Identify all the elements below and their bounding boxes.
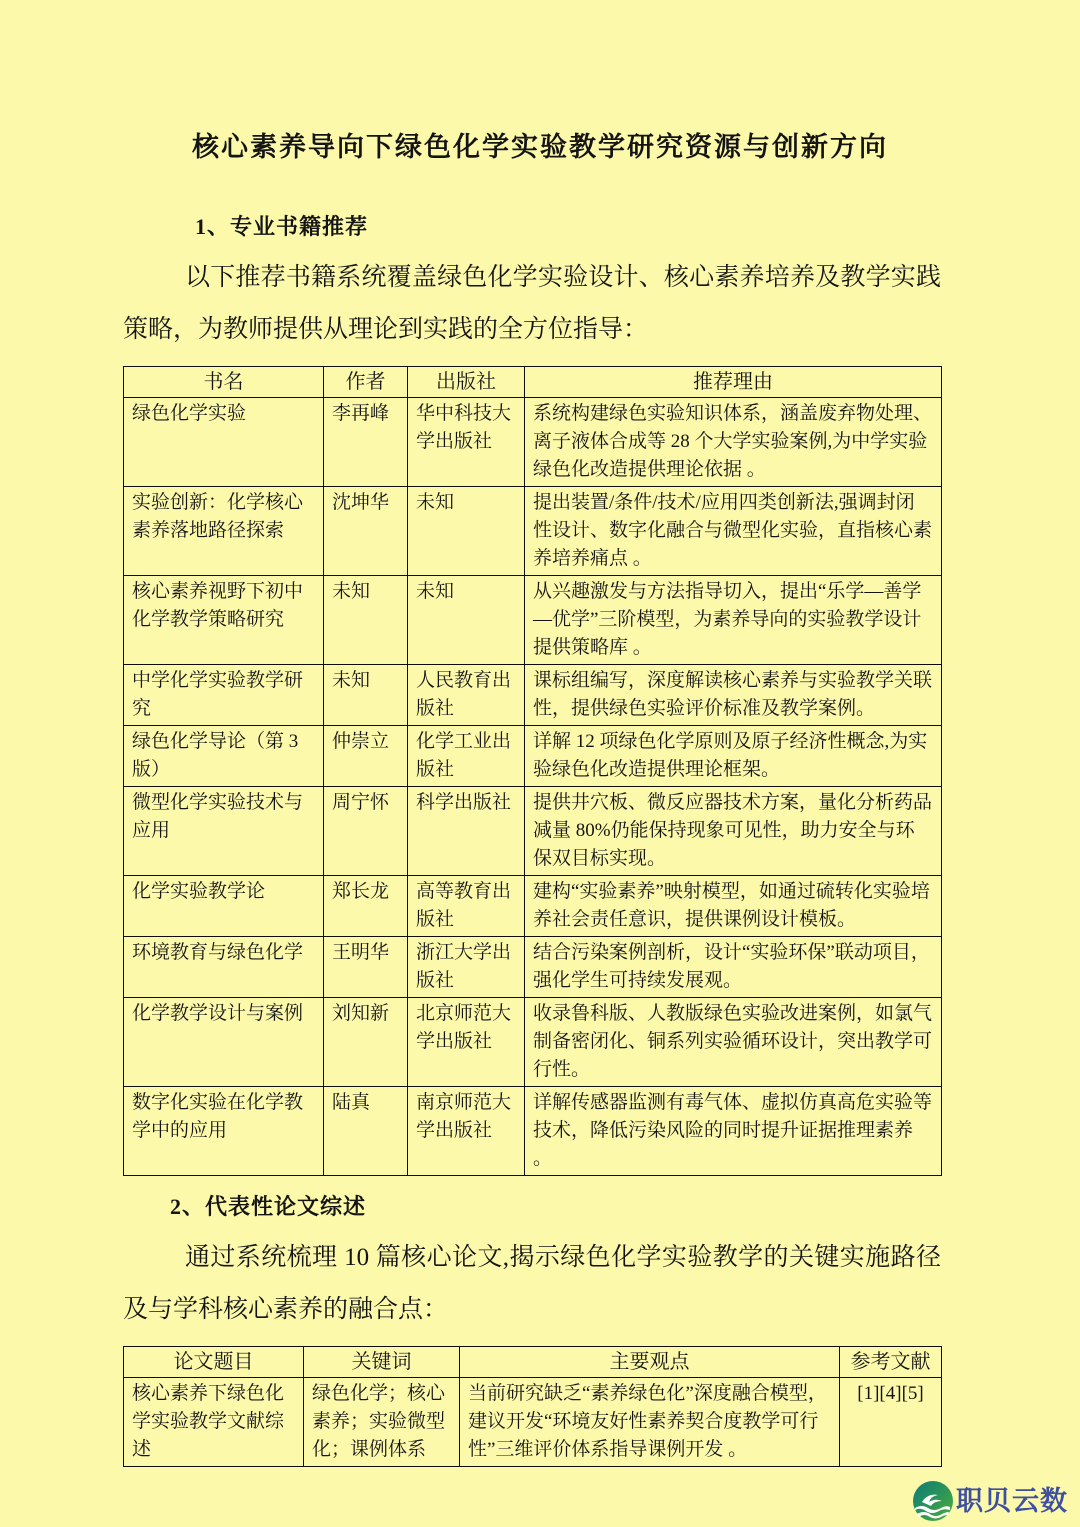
books-header-publisher: 出版社: [408, 367, 525, 398]
papers-header-keywords: 关键词: [304, 1347, 460, 1378]
book-title-cell: 实验创新：化学核心素养落地路径探索: [124, 487, 324, 576]
table-row: 核心素养下绿色化学实验教学文献综述 绿色化学；核心素养；实验微型化；课例体系 当…: [124, 1378, 942, 1467]
books-table: 书名 作者 出版社 推荐理由 绿色化学实验 李再峰 华中科技大学出版社 系统构建…: [123, 366, 942, 1176]
book-author-cell: 陆真: [324, 1087, 408, 1176]
papers-header-title: 论文题目: [124, 1347, 304, 1378]
table-row: 绿色化学实验 李再峰 华中科技大学出版社 系统构建绿色实验知识体系，涵盖废弃物处…: [124, 398, 942, 487]
wave-logo-icon: [912, 1480, 954, 1522]
papers-table: 论文题目 关键词 主要观点 参考文献 核心素养下绿色化学实验教学文献综述 绿色化…: [123, 1346, 942, 1467]
table-row: 中学化学实验教学研究 未知 人民教育出版社 课标组编写，深度解读核心素养与实验教…: [124, 665, 942, 726]
book-title-cell: 绿色化学导论（第 3 版）: [124, 726, 324, 787]
book-publisher-cell: 科学出版社: [408, 787, 525, 876]
book-reason-cell: 收录鲁科版、人教版绿色实验改进案例，如氯气制备密闭化、铜系列实验循环设计，突出教…: [525, 998, 942, 1087]
book-publisher-cell: 未知: [408, 576, 525, 665]
papers-header-viewpoint: 主要观点: [460, 1347, 840, 1378]
table-row: 实验创新：化学核心素养落地路径探索 沈坤华 未知 提出装置/条件/技术/应用四类…: [124, 487, 942, 576]
book-publisher-cell: 南京师范大学出版社: [408, 1087, 525, 1176]
book-author-cell: 沈坤华: [324, 487, 408, 576]
book-author-cell: 仲崇立: [324, 726, 408, 787]
books-header-book: 书名: [124, 367, 324, 398]
paper-references-cell: [1][4][5]: [840, 1378, 942, 1467]
table-row: 化学教学设计与案例 刘知新 北京师范大学出版社 收录鲁科版、人教版绿色实验改进案…: [124, 998, 942, 1087]
document-page: 核心素养导向下绿色化学实验教学研究资源与创新方向 1、专业书籍推荐 以下推荐书籍…: [0, 0, 1080, 1527]
book-title-cell: 中学化学实验教学研究: [124, 665, 324, 726]
book-author-cell: 周宁怀: [324, 787, 408, 876]
table-row: 绿色化学导论（第 3 版） 仲崇立 化学工业出版社 详解 12 项绿色化学原则及…: [124, 726, 942, 787]
book-publisher-cell: 北京师范大学出版社: [408, 998, 525, 1087]
paper-keywords-cell: 绿色化学；核心素养；实验微型化；课例体系: [304, 1378, 460, 1467]
section2-heading: 2、代表性论文综述: [170, 1192, 941, 1222]
paper-viewpoint-cell: 当前研究缺乏“素养绿色化”深度融合模型，建议开发“环境友好性素养契合度教学可行性…: [460, 1378, 840, 1467]
table-row: 微型化学实验技术与应用 周宁怀 科学出版社 提供井穴板、微反应器技术方案，量化分…: [124, 787, 942, 876]
footer-brand: 职贝云数: [912, 1480, 1068, 1522]
book-publisher-cell: 未知: [408, 487, 525, 576]
page-title: 核心素养导向下绿色化学实验教学研究资源与创新方向: [0, 130, 1080, 164]
paper-title-cell: 核心素养下绿色化学实验教学文献综述: [124, 1378, 304, 1467]
book-publisher-cell: 高等教育出版社: [408, 876, 525, 937]
books-table-header-row: 书名 作者 出版社 推荐理由: [124, 367, 942, 398]
book-author-cell: 郑长龙: [324, 876, 408, 937]
section1-heading: 1、专业书籍推荐: [195, 212, 941, 242]
table-row: 核心素养视野下初中化学教学策略研究 未知 未知 从兴趣激发与方法指导切入，提出“…: [124, 576, 942, 665]
book-reason-cell: 提出装置/条件/技术/应用四类创新法,强调封闭性设计、数字化融合与微型化实验，直…: [525, 487, 942, 576]
book-reason-cell: 结合污染案例剖析，设计“实验环保”联动项目，强化学生可持续发展观。: [525, 937, 942, 998]
book-author-cell: 未知: [324, 665, 408, 726]
book-publisher-cell: 浙江大学出版社: [408, 937, 525, 998]
book-author-cell: 未知: [324, 576, 408, 665]
book-reason-cell: 详解 12 项绿色化学原则及原子经济性概念,为实验绿色化改造提供理论框架。: [525, 726, 942, 787]
book-reason-cell: 从兴趣激发与方法指导切入，提出“乐学—善学—优学”三阶模型，为素养导向的实验教学…: [525, 576, 942, 665]
table-row: 环境教育与绿色化学 王明华 浙江大学出版社 结合污染案例剖析，设计“实验环保”联…: [124, 937, 942, 998]
book-reason-cell: 详解传感器监测有毒气体、虚拟仿真高危实验等技术，降低污染风险的同时提升证据推理素…: [525, 1087, 942, 1176]
book-author-cell: 李再峰: [324, 398, 408, 487]
book-publisher-cell: 人民教育出版社: [408, 665, 525, 726]
book-title-cell: 环境教育与绿色化学: [124, 937, 324, 998]
papers-table-header-row: 论文题目 关键词 主要观点 参考文献: [124, 1347, 942, 1378]
table-row: 数字化实验在化学教学中的应用 陆真 南京师范大学出版社 详解传感器监测有毒气体、…: [124, 1087, 942, 1176]
book-title-cell: 数字化实验在化学教学中的应用: [124, 1087, 324, 1176]
books-header-reason: 推荐理由: [525, 367, 942, 398]
book-title-cell: 化学实验教学论: [124, 876, 324, 937]
book-reason-cell: 课标组编写，深度解读核心素养与实验教学关联性，提供绿色实验评价标准及教学案例。: [525, 665, 942, 726]
table-row: 化学实验教学论 郑长龙 高等教育出版社 建构“实验素养”映射模型，如通过硫转化实…: [124, 876, 942, 937]
book-publisher-cell: 华中科技大学出版社: [408, 398, 525, 487]
footer-brand-name: 职贝云数: [956, 1480, 1068, 1522]
book-publisher-cell: 化学工业出版社: [408, 726, 525, 787]
book-title-cell: 微型化学实验技术与应用: [124, 787, 324, 876]
section1-intro: 以下推荐书籍系统覆盖绿色化学实验设计、核心素养培养及教学实践策略，为教师提供从理…: [123, 252, 941, 356]
book-reason-cell: 建构“实验素养”映射模型，如通过硫转化实验培养社会责任意识，提供课例设计模板。: [525, 876, 942, 937]
book-title-cell: 核心素养视野下初中化学教学策略研究: [124, 576, 324, 665]
book-author-cell: 王明华: [324, 937, 408, 998]
book-reason-cell: 提供井穴板、微反应器技术方案，量化分析药品减量 80%仍能保持现象可见性，助力安…: [525, 787, 942, 876]
document-content: 1、专业书籍推荐 以下推荐书籍系统覆盖绿色化学实验设计、核心素养培养及教学实践策…: [123, 212, 941, 1467]
papers-header-references: 参考文献: [840, 1347, 942, 1378]
book-author-cell: 刘知新: [324, 998, 408, 1087]
book-reason-cell: 系统构建绿色实验知识体系，涵盖废弃物处理、离子液体合成等 28 个大学实验案例,…: [525, 398, 942, 487]
section2-intro: 通过系统梳理 10 篇核心论文,揭示绿色化学实验教学的关键实施路径及与学科核心素…: [123, 1232, 941, 1336]
books-header-author: 作者: [324, 367, 408, 398]
book-title-cell: 化学教学设计与案例: [124, 998, 324, 1087]
book-title-cell: 绿色化学实验: [124, 398, 324, 487]
